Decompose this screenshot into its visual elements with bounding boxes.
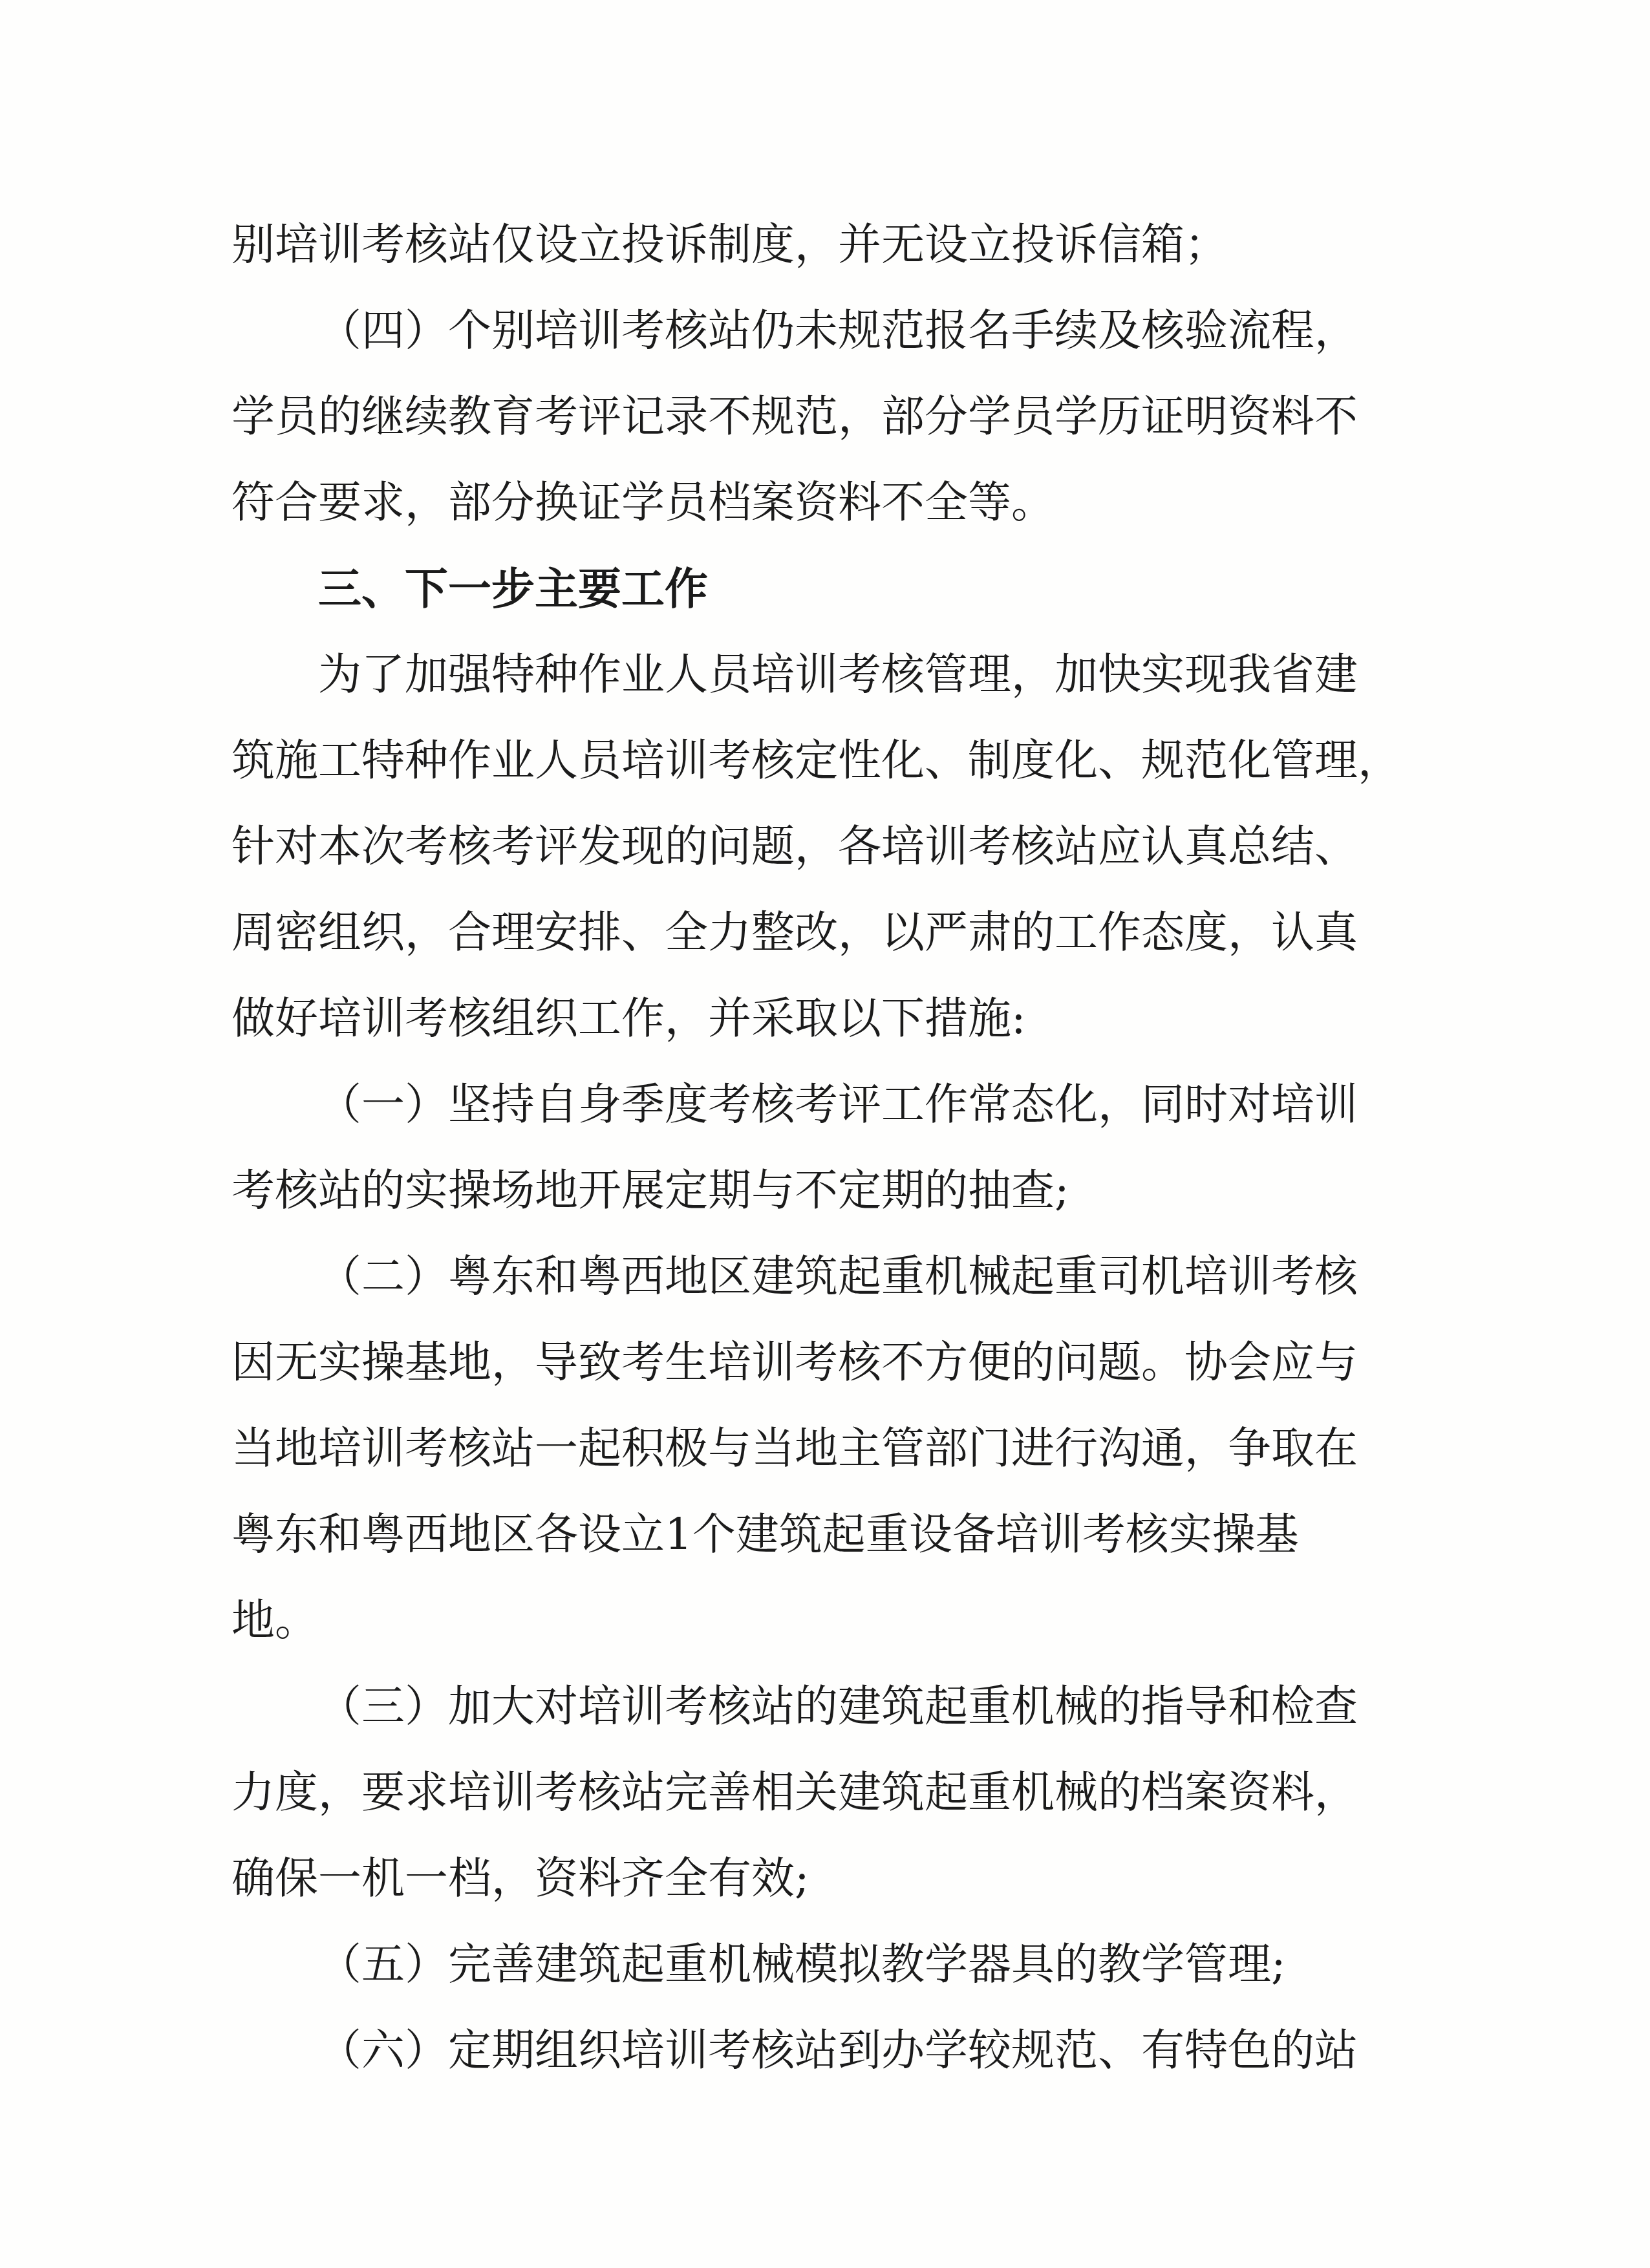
text-line: （一）坚持自身季度考核考评工作常态化，同时对培训 <box>231 1062 1416 1148</box>
text-line: 当地培训考核站一起积极与当地主管部门进行沟通，争取在 <box>231 1406 1416 1492</box>
text-line: 别培训考核站仅设立投诉制度，并无设立投诉信箱； <box>231 202 1416 288</box>
text-line: 考核站的实操场地开展定期与不定期的抽查; <box>231 1148 1416 1234</box>
text-line: 粤东和粤西地区各设立1个建筑起重设备培训考核实操基 <box>231 1492 1416 1578</box>
text-line: 针对本次考核考评发现的问题，各培训考核站应认真总结、 <box>231 804 1416 890</box>
text-line: 确保一机一档，资料齐全有效; <box>231 1835 1416 1921</box>
text-line: 符合要求，部分换证学员档案资料不全等。 <box>231 460 1416 546</box>
text-line: （二）粤东和粤西地区建筑起重机械起重司机培训考核 <box>231 1234 1416 1320</box>
text-line: 周密组织，合理安排、全力整改，以严肃的工作态度，认真 <box>231 890 1416 976</box>
scanned-document-page: 别培训考核站仅设立投诉制度，并无设立投诉信箱； （四）个别培训考核站仍未规范报名… <box>0 0 1650 2268</box>
text-line: 学员的继续教育考评记录不规范，部分学员学历证明资料不 <box>231 374 1416 460</box>
text-line: 做好培训考核组织工作，并采取以下措施: <box>231 976 1416 1062</box>
text-line: 地。 <box>231 1578 1416 1664</box>
text-line: 为了加强特种作业人员培训考核管理，加快实现我省建 <box>231 632 1416 718</box>
document-text-block: 别培训考核站仅设立投诉制度，并无设立投诉信箱； （四）个别培训考核站仍未规范报名… <box>231 202 1416 2093</box>
text-line: （三）加大对培训考核站的建筑起重机械的指导和检查 <box>231 1664 1416 1749</box>
section-heading: 三、下一步主要工作 <box>231 546 1416 632</box>
text-line: 力度，要求培训考核站完善相关建筑起重机械的档案资料， <box>231 1749 1416 1835</box>
text-line: 因无实操基地，导致考生培训考核不方便的问题。协会应与 <box>231 1320 1416 1406</box>
text-line: （五）完善建筑起重机械模拟教学器具的教学管理; <box>231 1921 1416 2007</box>
text-line: 筑施工特种作业人员培训考核定性化、制度化、规范化管理， <box>231 718 1416 804</box>
text-line: （六）定期组织培训考核站到办学较规范、有特色的站 <box>231 2007 1416 2093</box>
text-line: （四）个别培训考核站仍未规范报名手续及核验流程， <box>231 288 1416 374</box>
